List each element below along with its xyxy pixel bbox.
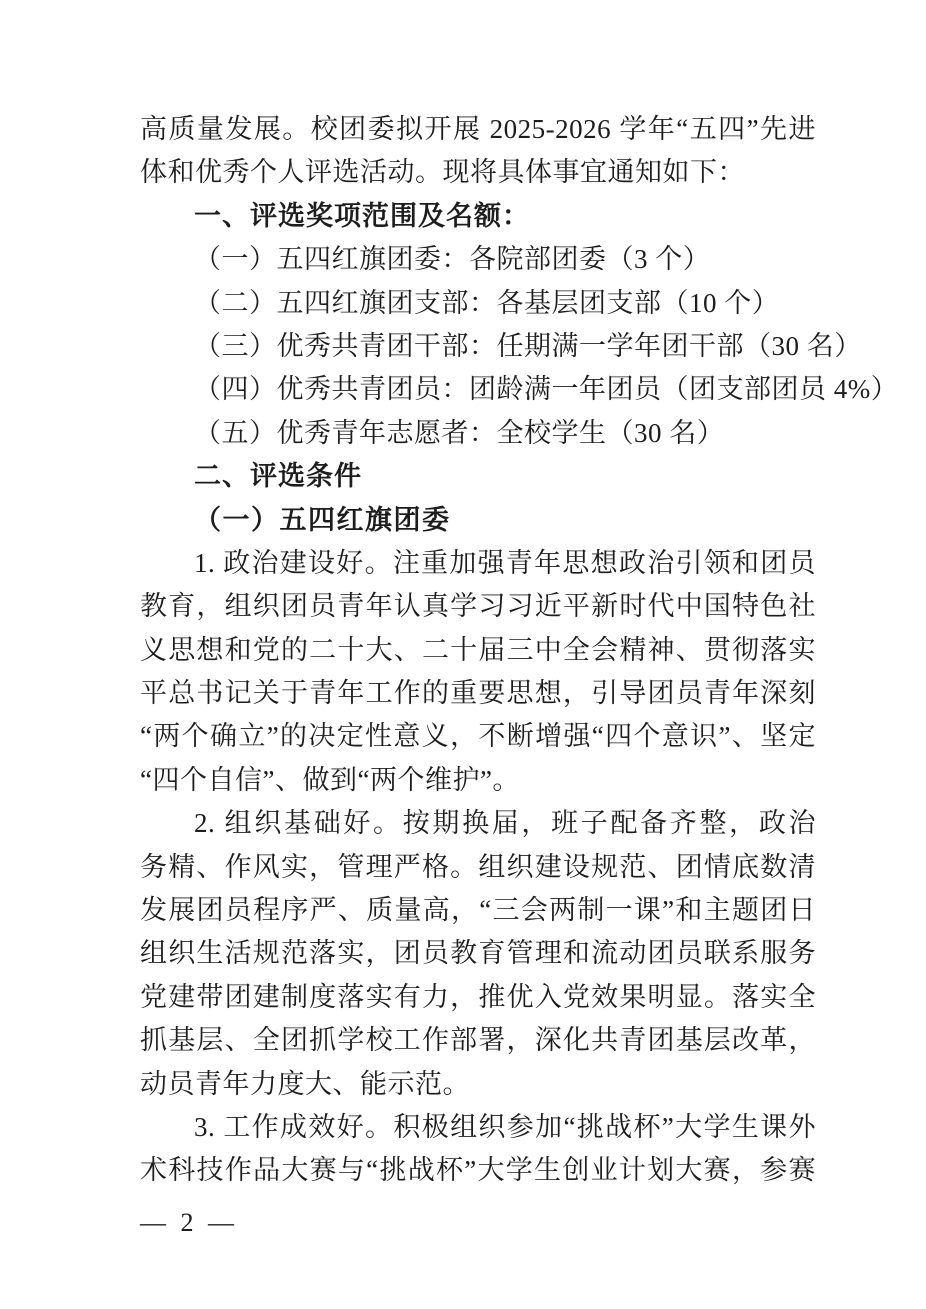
list-item-award-1: （一）五四红旗团委：各院部团委（3 个） <box>140 238 816 281</box>
text-line: 动员青年力度大、能示范。 <box>140 1063 816 1106</box>
text-line: 党建带团建制度落实有力，推优入党效果明显。落实全团大 <box>140 976 816 1019</box>
document-page: 高质量发展。校团委拟开展 2025-2026 学年“五四”先进集 体和优秀个人评… <box>0 0 926 1309</box>
text-line: 3. 工作成效好。积极组织参加“挑战杯”大学生课外学 <box>140 1106 816 1149</box>
text-line: 发展团员程序严、质量高，“三会两制一课”和主题团日等 <box>140 889 816 932</box>
text-line: 务精、作风实，管理严格。组织建设规范、团情底数清晰， <box>140 846 816 889</box>
text-line: 2. 组织基础好。按期换届，班子配备齐整，政治强、业 <box>140 802 816 845</box>
text-line: 抓基层、全团抓学校工作部署，深化共青团基层改革，组织 <box>140 1019 816 1062</box>
page-number: — 2 — <box>140 1208 238 1238</box>
document-body: 高质量发展。校团委拟开展 2025-2026 学年“五四”先进集 体和优秀个人评… <box>140 108 816 1193</box>
text-line: 教育，组织团员青年认真学习习近平新时代中国特色社会主 <box>140 585 816 628</box>
text-line: 高质量发展。校团委拟开展 2025-2026 学年“五四”先进集 <box>140 108 816 151</box>
text-line: 术科技作品大赛与“挑战杯”大学生创业计划大赛，参赛作 <box>140 1149 816 1192</box>
text-line: 体和优秀个人评选活动。现将具体事宜通知如下： <box>140 151 816 194</box>
text-line: 平总书记关于青年工作的重要思想，引导团员青年深刻领悟 <box>140 672 816 715</box>
list-item-award-4: （四）优秀共青团员：团龄满一年团员（团支部团员 4%） <box>140 368 816 411</box>
list-item-award-3: （三）优秀共青团干部：任期满一学年团干部（30 名） <box>140 325 816 368</box>
list-item-award-5: （五）优秀青年志愿者：全校学生（30 名） <box>140 412 816 455</box>
text-line: “四个自信”、做到“两个维护”。 <box>140 759 816 802</box>
subsection-heading: （一）五四红旗团委 <box>140 499 816 542</box>
section-heading-2: 二、评选条件 <box>140 455 816 498</box>
text-line: “两个确立”的决定性意义，不断增强“四个意识”、坚定 <box>140 715 816 758</box>
section-heading-1: 一、评选奖项范围及名额： <box>140 195 816 238</box>
list-item-award-2: （二）五四红旗团支部：各基层团支部（10 个） <box>140 282 816 325</box>
text-line: 组织生活规范落实，团员教育管理和流动团员联系服务到位。 <box>140 932 816 975</box>
text-line: 1. 政治建设好。注重加强青年思想政治引领和团员政治 <box>140 542 816 585</box>
text-line: 义思想和党的二十大、二十届三中全会精神、贯彻落实习近 <box>140 629 816 672</box>
